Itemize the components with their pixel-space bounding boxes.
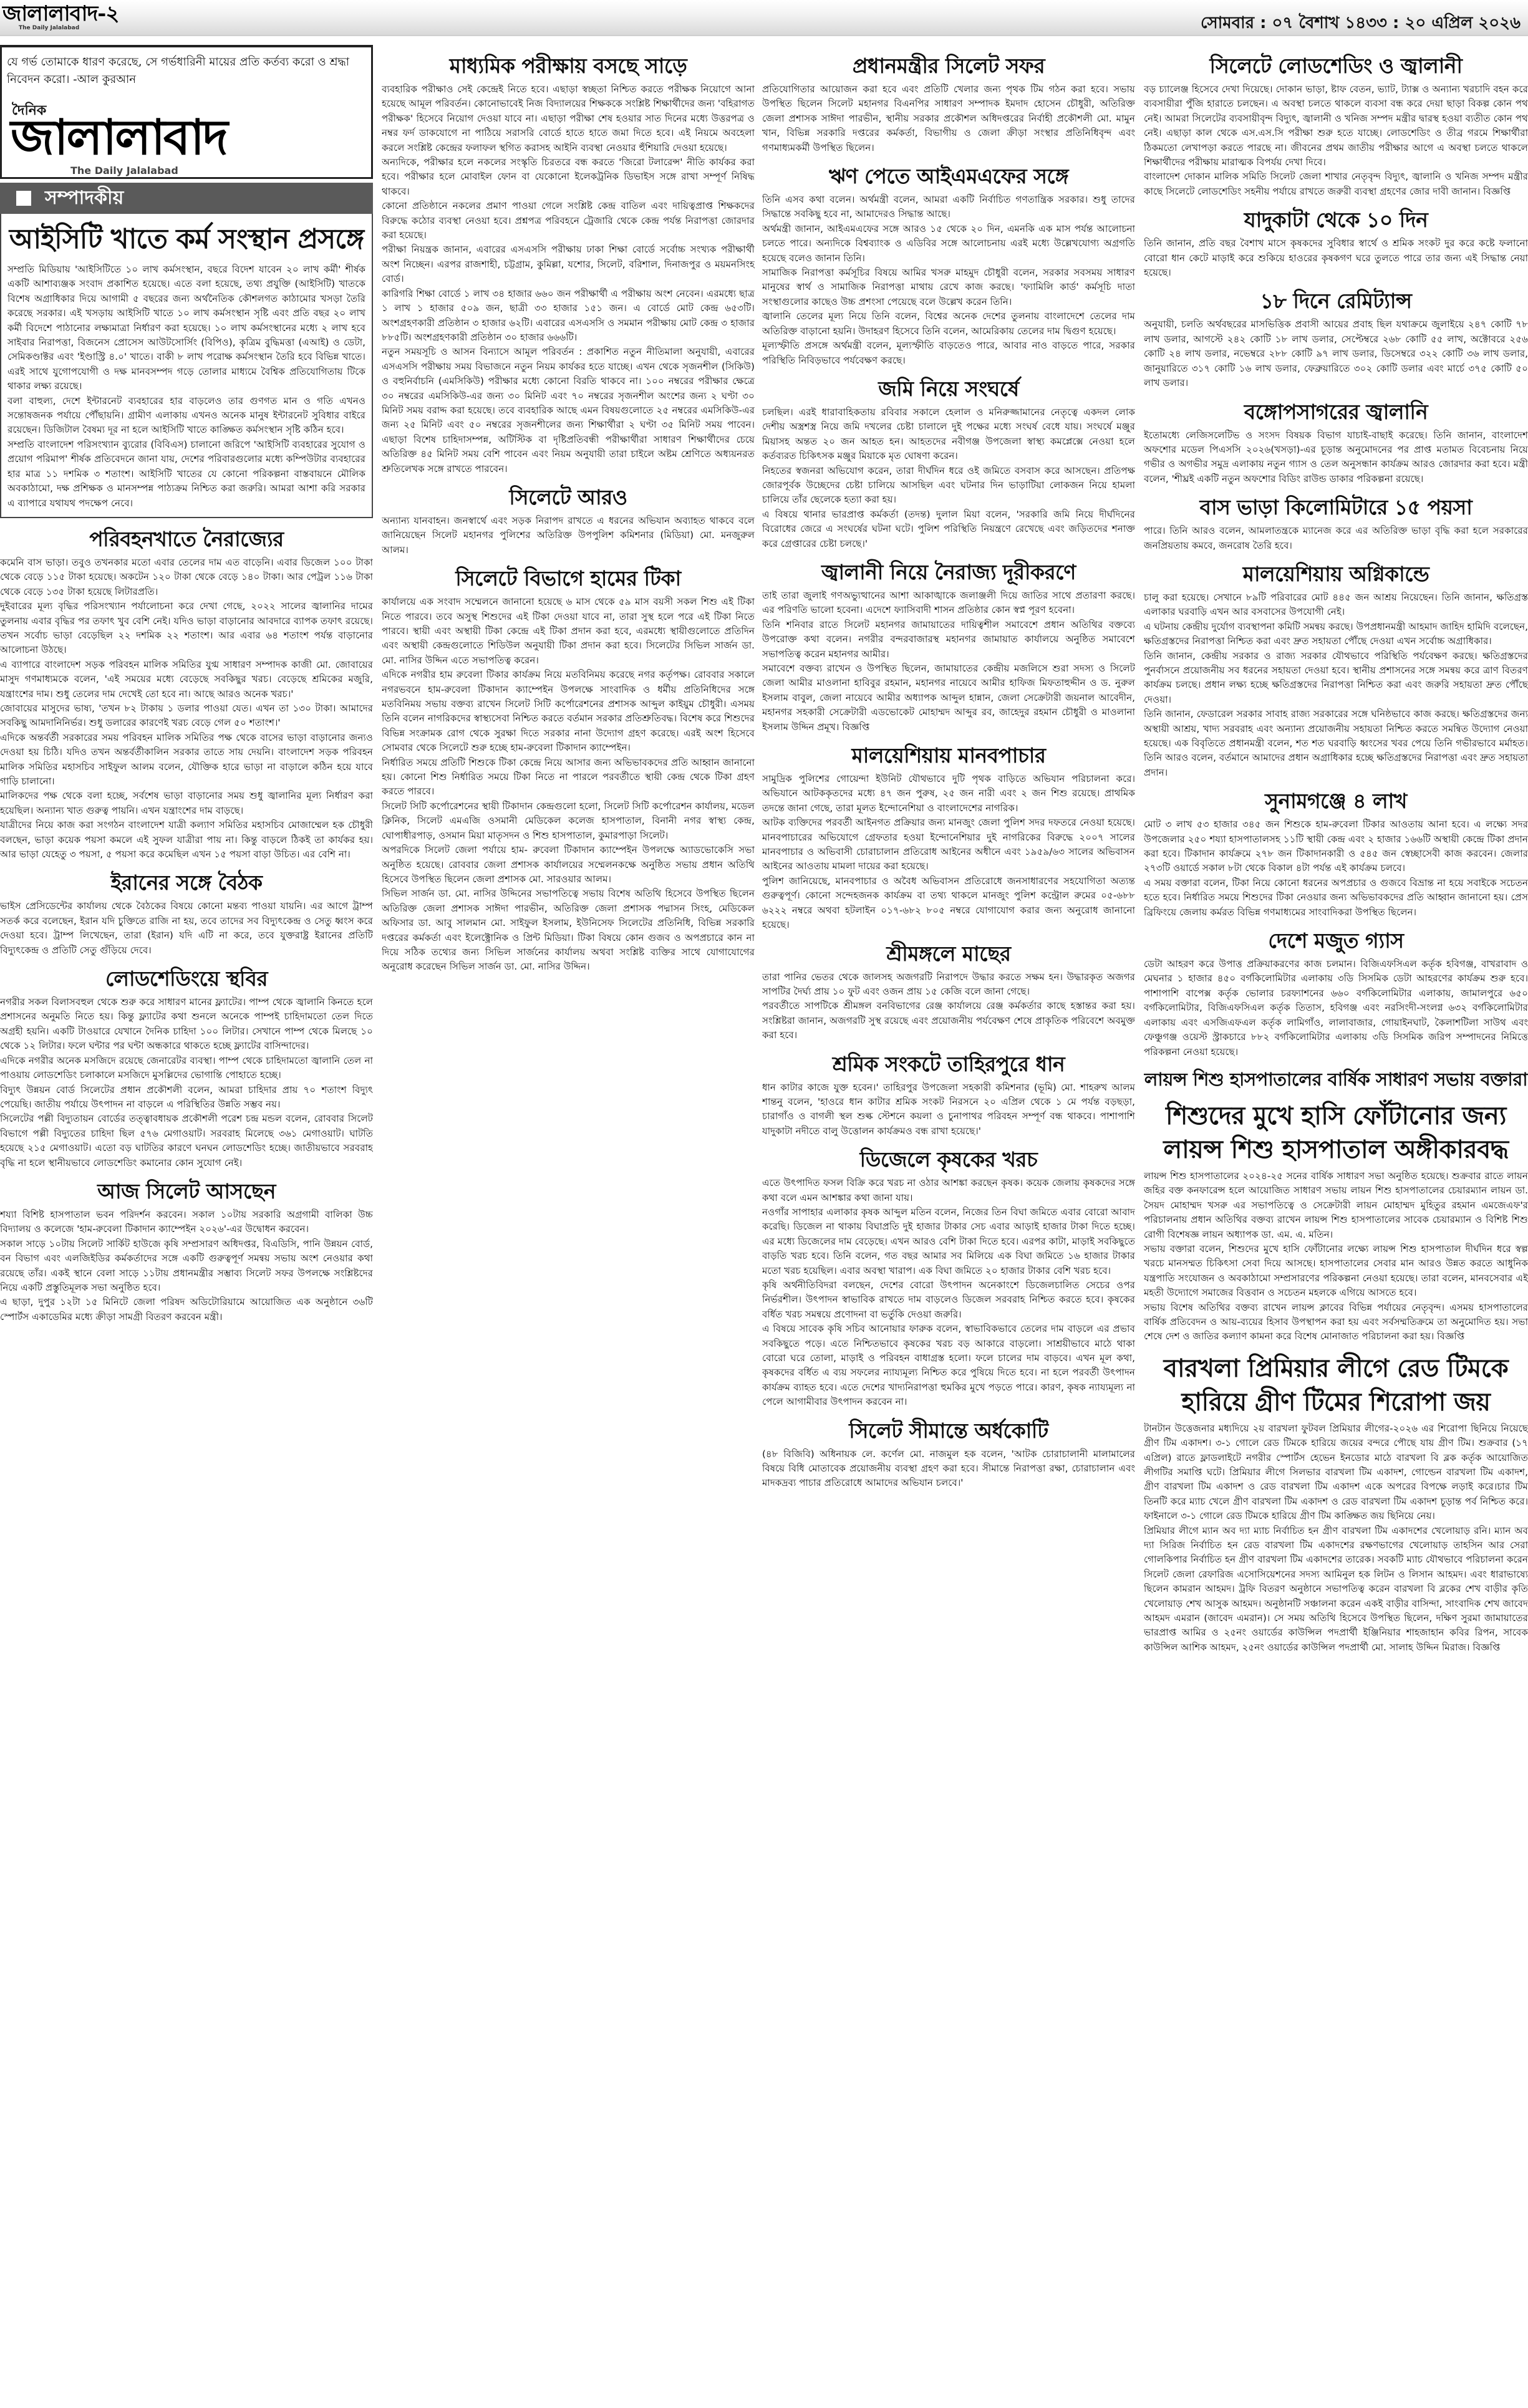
article-paragraph: তিনি জানান, প্রতি বছর বৈশাখ মাসে কৃষকদের…	[1144, 236, 1528, 280]
article-headline: ঋণ পেতে আইএমএফের সঙ্গে	[762, 163, 1135, 190]
column-2-articles: মাধ্যমিক পরীক্ষায় বসছে সাড়েব্যবহারিক প…	[382, 52, 755, 975]
article-paragraph: ধান কাটার কাজে যুক্ত হবেন।' তাহিরপুর উপজ…	[762, 1081, 1135, 1139]
article-paragraph: জ্বালানি তেলের মূল্য নিয়ে তিনি বলেন, বি…	[762, 309, 1135, 339]
news-article: আজ সিলেট আসছেনশয্যা বিশিষ্ট হাসপাতাল ভবন…	[0, 1178, 373, 1324]
section-label: সম্পাদকীয়	[45, 183, 123, 214]
masthead-logo-english: The Daily Jalalabad	[19, 25, 79, 31]
article-paragraph: নওগাঁর সাপাহার এলাকার কৃষক আব্দুল মতিন ব…	[762, 1205, 1135, 1278]
article-body: ব্যবহারিক পরীক্ষাও সেই কেন্দ্রেই নিতে হব…	[382, 82, 755, 476]
article-paragraph: এদিকে নগরীর হাম রুবেলা টিকার কার্যক্রম ন…	[382, 668, 755, 755]
news-article: দেশে মজুত গ্যাসডেটা আহরণ করে উপাত্ত প্রক…	[1144, 927, 1528, 1059]
article-headline: আজ সিলেট আসছেন	[0, 1178, 373, 1205]
article-paragraph: শয্যা বিশিষ্ট হাসপাতাল ভবন পরিদর্শন করবে…	[0, 1208, 373, 1237]
editorial-body: সম্প্রতি মিডিয়ায় 'আইসিটিতে ১০ লাখ কর্ম…	[7, 262, 365, 511]
article-paragraph: নগরীর সকল বিলাসবহুল থেকে শুরু করে সাধারণ…	[0, 995, 373, 1054]
article-paragraph: সকাল সাড়ে ১০টায় সিলেট সার্কিট হাউজে কৃ…	[0, 1237, 373, 1296]
column-4-articles: সিলেটে লোডশেডিং ও জ্বালানীবড় চ্যালেঞ্জ …	[1144, 52, 1528, 1655]
article-paragraph: কোনো প্রতিষ্ঠানে নকলের প্রমাণ পাওয়া গেল…	[382, 199, 755, 243]
article-headline: শ্রমিক সংকটে তাহিরপুরে ধান	[762, 1051, 1135, 1078]
article-headline: সিলেটে লোডশেডিং ও জ্বালানী	[1144, 52, 1528, 80]
article-paragraph: যাত্রীদের নিয়ে কাজ করা সংগঠন বাংলাদেশ য…	[0, 818, 373, 862]
article-paragraph: এ ছাড়া, দুপুর ১২টা ১৫ মিনিটে জেলা পরিষদ…	[0, 1295, 373, 1324]
article-headline: ইরানের সঙ্গে বৈঠক	[0, 869, 373, 897]
article-paragraph: ব্যবহারিক পরীক্ষাও সেই কেন্দ্রেই নিতে হব…	[382, 82, 755, 155]
article-body: অন্যান্য যানবাহন। জনস্বার্থে এবং সড়ক নি…	[382, 514, 755, 557]
article-paragraph: বড় চ্যালেঞ্জ হিসেবে দেখা দিয়েছে। দোকান…	[1144, 82, 1528, 170]
article-paragraph: কারিগরি শিক্ষা বোর্ডে ১ লাখ ৩৪ হাজার ৬৬০…	[382, 287, 755, 345]
article-paragraph: আটক ব্যক্তিদের পরবর্তী আইনগত প্রক্রিয়ার…	[762, 816, 1135, 874]
news-article: মালয়েশিয়ায় অগ্নিকান্ডেচালু করা হয়েছে…	[1144, 561, 1528, 780]
column-1-articles: পরিবহনখাতে নৈরাজ্যেরকমেনি বাস ভাড়া। তবু…	[0, 526, 373, 1324]
article-paragraph: মালিকদের পক্ষ থেকে বলা হচ্ছে, সর্বশেষ ভা…	[0, 789, 373, 818]
article-headline: মালয়েশিয়ায় অগ্নিকান্ডে	[1144, 561, 1528, 588]
article-paragraph: তিনি জানান, কেন্দ্রীয় সরকার ও রাজ্য সরক…	[1144, 649, 1528, 708]
article-headline: বারখলা প্রিমিয়ার লীগে রেড টিমকে হারিয়ে…	[1144, 1352, 1528, 1419]
editorial-paragraph: সম্প্রতি বাংলাদেশ পরিসংখ্যান ব্যুরোর (বি…	[7, 438, 365, 511]
editorial-section-bar: সম্পাদকীয়	[0, 183, 373, 214]
article-paragraph: তিনি এসব কথা বলেন। অর্থমন্ত্রী বলেন, আমর…	[762, 193, 1135, 222]
article-paragraph: তিনি জানান, ফেডারেল সরকার সাবাহ রাজ্য সর…	[1144, 707, 1528, 780]
article-body: ধান কাটার কাজে যুক্ত হবেন।' তাহিরপুর উপজ…	[762, 1081, 1135, 1139]
news-article: যাদুকাটা থেকে ১০ দিনতিনি জানান, প্রতি বছ…	[1144, 206, 1528, 280]
editorial-paragraph: সম্প্রতি মিডিয়ায় 'আইসিটিতে ১০ লাখ কর্ম…	[7, 262, 365, 394]
article-body: শয্যা বিশিষ্ট হাসপাতাল ভবন পরিদর্শন করবে…	[0, 1208, 373, 1324]
quran-quote: যে গর্ভ তোমাকে ধারণ করেছে, সে গর্ভধারিনী…	[7, 54, 366, 89]
article-headline: সিলেটে আরও	[382, 484, 755, 511]
article-body: নগরীর সকল বিলাসবহুল থেকে শুরু করে সাধারণ…	[0, 995, 373, 1170]
article-paragraph: ভাইস প্রেসিডেন্টের কার্যালয় থেকে বৈঠকের…	[0, 899, 373, 958]
article-headline: যাদুকাটা থেকে ১০ দিন	[1144, 206, 1528, 234]
article-body: (৪৮ বিজিবি) অধিনায়ক লে. কর্ণেল মো. নাজম…	[762, 1447, 1135, 1491]
article-paragraph: এ বিষয়ে সাবেক কৃষি সচিব আনোয়ার ফারুক ব…	[762, 1322, 1135, 1409]
article-paragraph: পারে। তিনি আরও বলেন, আমলাতন্ত্রকে ম্যানে…	[1144, 524, 1528, 553]
article-paragraph: নির্ধারিত সময়ে প্রতিটি শিশুকে টিকা কেন্…	[382, 756, 755, 799]
article-body: তারা পানির ভেতর থেকে জালসহ অজগরটি নিরাপদ…	[762, 970, 1135, 1043]
article-paragraph: কৃষি অর্থনীতিবিদরা বলছেন, দেশের বোরো উৎপ…	[762, 1278, 1135, 1322]
article-paragraph: বাংলাদেশ দোকান মালিক সমিতি সিলেট জেলা শা…	[1144, 170, 1528, 199]
article-body: লায়ন্স শিশু হাসপাতালের ২০২৪-২৫ সনের বার…	[1144, 1169, 1528, 1344]
news-article: মাধ্যমিক পরীক্ষায় বসছে সাড়েব্যবহারিক প…	[382, 52, 755, 476]
article-headline: জমি নিয়ে সংঘর্ষে	[762, 375, 1135, 403]
article-headline: শিশুদের মুখে হাসি ফোঁটানোর জন্য লায়ন্স …	[1144, 1099, 1528, 1167]
article-paragraph: সামাজিক নিরাপত্তা কর্মসূচির বিষয়ে আমির …	[762, 266, 1135, 309]
article-paragraph: প্রিমিয়ার লীগে ম্যান অব দ্যা ম্যাচ নির্…	[1144, 1524, 1528, 1655]
article-paragraph: চালু করা হয়েছে। সেখানে ৮৯টি পরিবারের মো…	[1144, 590, 1528, 620]
article-body: তিনি জানান, প্রতি বছর বৈশাখ মাসে কৃষকদের…	[1144, 236, 1528, 280]
article-paragraph: জোবায়ের মাসুদের ভাষ্য, 'তখন ৮২ টাকায় ১…	[0, 701, 373, 731]
article-body: ইতোমধ্যে লেজিসলেটিভ ও সংসদ বিষয়ক বিভাগ …	[1144, 428, 1528, 487]
dateline: সোমবার : ০৭ বৈশাখ ১৪৩৩ : ২০ এপ্রিল ২০২৬	[1201, 10, 1521, 37]
column-4: সিলেটে লোডশেডিং ও জ্বালানীবড় চ্যালেঞ্জ …	[1144, 45, 1528, 2408]
article-paragraph: টানটান উত্তেজনার মধ্যদিয়ে ২য় বারখলা ফু…	[1144, 1422, 1528, 1524]
article-headline: ডিজেলে কৃষকের খরচ	[762, 1146, 1135, 1173]
column-3-articles: প্রধানমন্ত্রীর সিলেট সফরপ্রতিযোগিতার আয়…	[762, 52, 1135, 1491]
article-paragraph: সভায় বক্তারা বলেন, শিশুদের মুখে হাসি ফো…	[1144, 1242, 1528, 1301]
column-3: প্রধানমন্ত্রীর সিলেট সফরপ্রতিযোগিতার আয়…	[762, 45, 1135, 2408]
article-paragraph: এ ঘটনায় কেন্দ্রীয় দুর্যোগ ব্যবস্থাপনা …	[1144, 620, 1528, 649]
news-article: প্রধানমন্ত্রীর সিলেট সফরপ্রতিযোগিতার আয়…	[762, 52, 1135, 155]
article-paragraph: এদিকে অন্তর্বর্তী সরকারের সময় পরিবহন মা…	[0, 731, 373, 789]
news-article: লায়ন্স শিশু হাসপাতালের বার্ষিক সাধারণ স…	[1144, 1067, 1528, 1344]
news-article: সিলেট সীমান্তে অর্ধকোটি(৪৮ বিজিবি) অধিনা…	[762, 1417, 1135, 1491]
column-2: মাধ্যমিক পরীক্ষায় বসছে সাড়েব্যবহারিক প…	[382, 45, 755, 2408]
article-paragraph: এদিকে নগরীর অনেক মসজিদে রয়েছে জেনারেটর …	[0, 1054, 373, 1083]
newspaper-logo-english: The Daily Jalalabad	[70, 165, 178, 176]
article-paragraph: পরীক্ষা নিয়ন্ত্রক জানান, এবারের এসএসসি …	[382, 243, 755, 286]
article-paragraph: তারা পানির ভেতর থেকে জালসহ অজগরটি নিরাপদ…	[762, 970, 1135, 999]
column-1: যে গর্ভ তোমাকে ধারণ করেছে, সে গর্ভধারিনী…	[0, 45, 373, 2408]
news-article: শ্রমিক সংকটে তাহিরপুরে ধানধান কাটার কাজে…	[762, 1051, 1135, 1139]
news-article: ঋণ পেতে আইএমএফের সঙ্গেতিনি এসব কথা বলেন।…	[762, 163, 1135, 368]
article-body: পারে। তিনি আরও বলেন, আমলাতন্ত্রকে ম্যানে…	[1144, 524, 1528, 553]
article-paragraph: নিহতের স্বজনরা অভিযোগ করেন, তারা দীর্ঘদি…	[762, 464, 1135, 508]
article-headline: লোডশেডিংয়ে স্থবির	[0, 965, 373, 993]
newspaper-logo: জালালাবাদ	[11, 110, 226, 166]
news-article: ডিজেলে কৃষকের খরচএতে উৎপাদিত ফসল বিক্রি …	[762, 1146, 1135, 1410]
article-body: বড় চ্যালেঞ্জ হিসেবে দেখা দিয়েছে। দোকান…	[1144, 82, 1528, 199]
article-headline: ১৮ দিনে রেমিট্যান্স	[1144, 287, 1528, 315]
article-body: মোট ৩ লাখ ৫৩ হাজার ৩৪৫ জন শিশুকে হাম-রুব…	[1144, 817, 1528, 920]
square-bullet-icon	[16, 191, 31, 206]
article-headline: পরিবহনখাতে নৈরাজ্যের	[0, 526, 373, 553]
article-headline: সিলেটে বিভাগে হামের টিকা	[382, 565, 755, 592]
article-body: চালু করা হয়েছে। সেখানে ৮৯টি পরিবারের মো…	[1144, 590, 1528, 780]
news-article: জমি নিয়ে সংঘর্ষেচলছিল। এরই ধারাবাহিকতায…	[762, 375, 1135, 551]
article-body: এতে উৎপাদিত ফসল বিক্রি করে খরচ না ওঠার আ…	[762, 1176, 1135, 1410]
article-paragraph: ডেটা আহরণ করে উপাত্ত প্রক্রিয়াকরণের কাজ…	[1144, 957, 1528, 1059]
news-article: বাস ভাড়া কিলোমিটারে ১৫ পয়সাপারে। তিনি …	[1144, 494, 1528, 553]
editorial-paragraph: বলা বাহুল্য, দেশে ইন্টারনেট ব্যবহারের হা…	[7, 394, 365, 438]
article-body: চলছিল। এরই ধারাবাহিকতায় রবিবার সকালে হে…	[762, 405, 1135, 551]
page-masthead: জালালাবাদ-২ The Daily Jalalabad সোমবার :…	[0, 0, 1528, 36]
article-paragraph: মূল্যস্ফীতি প্রসঙ্গে অর্থমন্ত্রী বলেন, ম…	[762, 339, 1135, 368]
news-article: সিলেটে লোডশেডিং ও জ্বালানীবড় চ্যালেঞ্জ …	[1144, 52, 1528, 199]
article-paragraph: পরবর্তীতে সাপটিকে শ্রীমঙ্গল বনবিভাগের রে…	[762, 999, 1135, 1043]
article-paragraph: সিলেটের পল্লী বিদ্যুতায়ন বোর্ডের তত্ত্ব…	[0, 1112, 373, 1170]
article-body: অনুযায়ী, চলতি অর্থবছরের মাসভিত্তিক প্রব…	[1144, 317, 1528, 390]
news-article: শ্রীমঙ্গলে মাছেরতারা পানির ভেতর থেকে জাল…	[762, 940, 1135, 1043]
article-headline: দেশে মজুত গ্যাস	[1144, 927, 1528, 955]
article-paragraph: এতে উৎপাদিত ফসল বিক্রি করে খরচ না ওঠার আ…	[762, 1176, 1135, 1205]
article-headline: মাধ্যমিক পরীক্ষায় বসছে সাড়ে	[382, 52, 755, 80]
masthead-quote-box: যে গর্ভ তোমাকে ধারণ করেছে, সে গর্ভধারিনী…	[0, 45, 373, 179]
article-paragraph: অর্থমন্ত্রী জানান, আইএমএফের সঙ্গে আরও ১৫…	[762, 222, 1135, 266]
news-article: লোডশেডিংয়ে স্থবিরনগরীর সকল বিলাসবহুল থে…	[0, 965, 373, 1170]
article-paragraph: পুলিশ জানিয়েছে, মানবপাচার ও অবৈধ অভিবাস…	[762, 874, 1135, 933]
editorial-title: আইসিটি খাতে কর্ম সংস্থান প্রসঙ্গে	[7, 220, 365, 259]
article-body: টানটান উত্তেজনার মধ্যদিয়ে ২য় বারখলা ফু…	[1144, 1422, 1528, 1655]
article-paragraph: অন্যদিকে, পরীক্ষার হলে নকলের সংস্কৃতি চি…	[382, 155, 755, 199]
article-paragraph: লায়ন্স শিশু হাসপাতালের ২০২৪-২৫ সনের বার…	[1144, 1169, 1528, 1242]
news-article: পরিবহনখাতে নৈরাজ্যেরকমেনি বাস ভাড়া। তবু…	[0, 526, 373, 862]
article-headline: সুনামগঞ্জে ৪ লাখ	[1144, 787, 1528, 815]
article-paragraph: সামুদ্রিক পুলিশের গোয়েন্দা ইউনিট যৌথভাব…	[762, 772, 1135, 816]
article-headline: সিলেট সীমান্তে অর্ধকোটি	[762, 1417, 1135, 1445]
article-paragraph: দুইবারের মূল্য বৃদ্ধির পরিসংখ্যান পর্যাল…	[0, 599, 373, 658]
news-article: ইরানের সঙ্গে বৈঠকভাইস প্রেসিডেন্টের কার্…	[0, 869, 373, 958]
article-paragraph: এ বিষয়ে থানার ভারপ্রাপ্ত কর্মকর্তা (তদন…	[762, 508, 1135, 551]
article-paragraph: নতুন সময়সূচি ও আসন বিন্যাসে আমূল পরিবর্…	[382, 345, 755, 476]
article-paragraph: কার্যালয়ে এক সংবাদ সম্মেলনে জানানো হয়ে…	[382, 595, 755, 668]
article-paragraph: (৪৮ বিজিবি) অধিনায়ক লে. কর্ণেল মো. নাজম…	[762, 1447, 1135, 1491]
news-article: বারখলা প্রিমিয়ার লীগে রেড টিমকে হারিয়ে…	[1144, 1352, 1528, 1655]
article-paragraph: তিনি শনিবার রাতে সিলেট মহানগর জামায়াতের…	[762, 618, 1135, 662]
article-body: তিনি এসব কথা বলেন। অর্থমন্ত্রী বলেন, আমর…	[762, 193, 1135, 368]
news-article: সুনামগঞ্জে ৪ লাখমোট ৩ লাখ ৫৩ হাজার ৩৪৫ জ…	[1144, 787, 1528, 920]
article-paragraph: এ ব্যাপারে বাংলাদেশ সড়ক পরিবহন মালিক সম…	[0, 658, 373, 701]
article-headline: শ্রীমঙ্গলে মাছের	[762, 940, 1135, 968]
article-paragraph: অন্যান্য যানবাহন। জনস্বার্থে এবং সড়ক নি…	[382, 514, 755, 557]
article-body: প্রতিযোগিতার আয়োজন করা হবে এবং প্রতিটি …	[762, 82, 1135, 155]
masthead-logo: জালালাবাদ-২	[2, 2, 119, 25]
article-paragraph: অপরদিকে সিলেট জেলা পর্যায়ে হাম- রুবেলা …	[382, 843, 755, 887]
article-paragraph: সভায় বিশেষ অতিথির বক্তব্য রাখেন লায়ন্স…	[1144, 1301, 1528, 1344]
article-paragraph: সিভিল সার্জন ডা. মো. নাসির উদ্দিনের সভাপ…	[382, 887, 755, 974]
editorial-article: আইসিটি খাতে কর্ম সংস্থান প্রসঙ্গে সম্প্র…	[0, 214, 373, 518]
news-article: সিলেটে আরওঅন্যান্য যানবাহন। জনস্বার্থে এ…	[382, 484, 755, 557]
article-kicker: লায়ন্স শিশু হাসপাতালের বার্ষিক সাধারণ স…	[1144, 1067, 1528, 1092]
article-paragraph: কমেনি বাস ভাড়া। তবুও তখনকার মতো এবার তে…	[0, 556, 373, 599]
article-paragraph: এ সময় বক্তারা বলেন, টিকা নিয়ে কোনো ধরন…	[1144, 876, 1528, 920]
article-body: কার্যালয়ে এক সংবাদ সম্মেলনে জানানো হয়ে…	[382, 595, 755, 975]
article-body: সামুদ্রিক পুলিশের গোয়েন্দা ইউনিট যৌথভাব…	[762, 772, 1135, 932]
article-headline: মালয়েশিয়ায় মানবপাচার	[762, 742, 1135, 769]
article-headline: বাস ভাড়া কিলোমিটারে ১৫ পয়সা	[1144, 494, 1528, 521]
news-article: ১৮ দিনে রেমিট্যান্সঅনুযায়ী, চলতি অর্থবছ…	[1144, 287, 1528, 390]
article-paragraph: বিদ্যুৎ উন্নয়ন বোর্ড সিলেটের প্রধান প্র…	[0, 1083, 373, 1112]
article-paragraph: সিলেট সিটি কর্পোরেশনের স্থায়ী টিকাদান ক…	[382, 799, 755, 843]
article-body: ভাইস প্রেসিডেন্টের কার্যালয় থেকে বৈঠকের…	[0, 899, 373, 958]
article-paragraph: প্রতিযোগিতার আয়োজন করা হবে এবং প্রতিটি …	[762, 82, 1135, 155]
article-body: ডেটা আহরণ করে উপাত্ত প্রক্রিয়াকরণের কাজ…	[1144, 957, 1528, 1059]
news-article: সিলেটে বিভাগে হামের টিকাকার্যালয়ে এক সং…	[382, 565, 755, 975]
article-paragraph: মোট ৩ লাখ ৫৩ হাজার ৩৪৫ জন শিশুকে হাম-রুব…	[1144, 817, 1528, 876]
article-paragraph: তাই তারা জুলাই গণঅভ্যুত্থানের আশা আকাঙ্খ…	[762, 589, 1135, 618]
news-article: বঙ্গোপসাগরের জ্বালানিইতোমধ্যে লেজিসলেটিভ…	[1144, 398, 1528, 487]
article-headline: বঙ্গোপসাগরের জ্বালানি	[1144, 398, 1528, 426]
article-body: তাই তারা জুলাই গণঅভ্যুত্থানের আশা আকাঙ্খ…	[762, 589, 1135, 734]
newspaper-page: যে গর্ভ তোমাকে ধারণ করেছে, সে গর্ভধারিনী…	[0, 45, 1528, 2408]
article-paragraph: চলছিল। এরই ধারাবাহিকতায় রবিবার সকালে হে…	[762, 405, 1135, 464]
article-headline: জ্বালানী নিয়ে নৈরাজ্য দূরীকরণে	[762, 559, 1135, 586]
article-paragraph: সমাবেশে বক্তব্য রাখেন ও উপস্থিত ছিলেন, জ…	[762, 662, 1135, 734]
article-paragraph: অনুযায়ী, চলতি অর্থবছরের মাসভিত্তিক প্রব…	[1144, 317, 1528, 390]
article-headline: প্রধানমন্ত্রীর সিলেট সফর	[762, 52, 1135, 80]
article-paragraph: ইতোমধ্যে লেজিসলেটিভ ও সংসদ বিষয়ক বিভাগ …	[1144, 428, 1528, 487]
article-body: কমেনি বাস ভাড়া। তবুও তখনকার মতো এবার তে…	[0, 556, 373, 862]
news-article: জ্বালানী নিয়ে নৈরাজ্য দূরীকরণেতাই তারা …	[762, 559, 1135, 734]
news-article: মালয়েশিয়ায় মানবপাচারসামুদ্রিক পুলিশের…	[762, 742, 1135, 932]
